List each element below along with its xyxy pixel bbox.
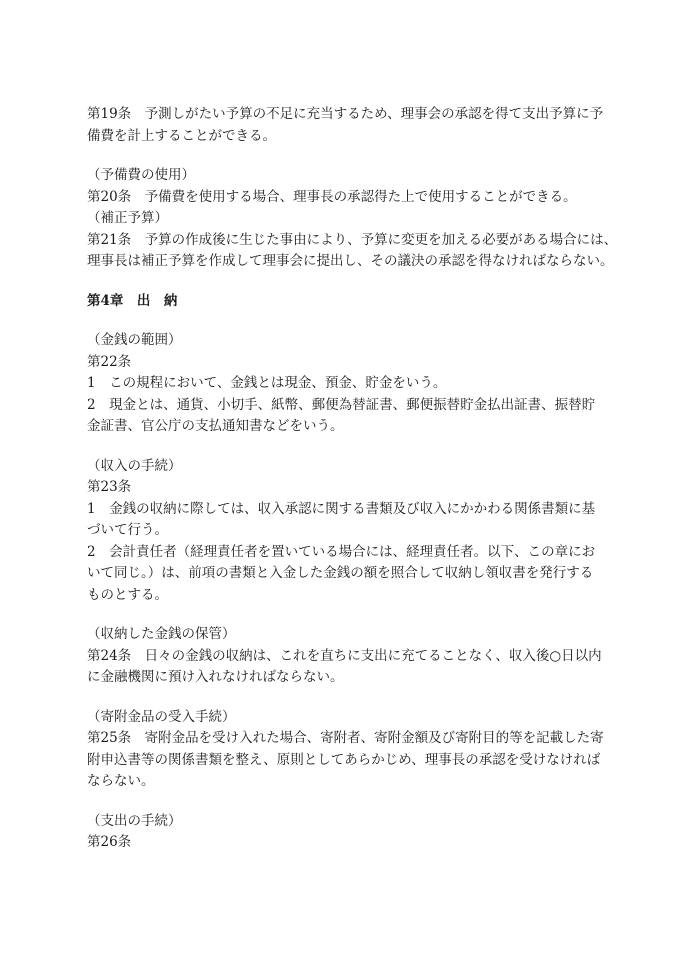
text-line: （金銭の範囲） <box>87 330 599 352</box>
text-line: 第22条 <box>87 352 599 374</box>
chapter-heading: 第4章 出 納 <box>87 291 599 313</box>
text-line: ものとする。 <box>87 585 599 607</box>
text-line: 理事長は補正予算を作成して理事会に提出し、その議決の承認を得なければならない。 <box>87 251 599 273</box>
text-line: 金証書、官公庁の支払通知書などをいう。 <box>87 416 599 438</box>
text-line: に金融機関に預け入れなければならない。 <box>87 667 599 689</box>
text-line: づいて行う。 <box>87 520 599 542</box>
paragraph: （収入の手続）第23条1 金銭の収納に際しては、収入承認に関する書類及び収入にか… <box>87 456 599 607</box>
text-line: 第19条 予測しがたい予算の不足に充当するため、理事会の承認を得て支出予算に予 <box>87 104 599 126</box>
text-line: いて同じ。）は、前項の書類と入金した金銭の額を照合して収納し領収書を発行する <box>87 563 599 585</box>
text-line: 附申込書等の関係書類を整え、原則としてあらかじめ、理事長の承認を受けなければ <box>87 750 599 772</box>
paragraph: （寄附金品の受入手続）第25条 寄附金品を受け入れた場合、寄附者、寄附金額及び寄… <box>87 707 599 793</box>
text-line: 第26条 <box>87 832 599 854</box>
text-line: （予備費の使用） <box>87 165 599 187</box>
text-line: 第4章 出 納 <box>87 291 599 313</box>
paragraph: （予備費の使用）第20条 予備費を使用する場合、理事長の承認得た上で使用すること… <box>87 165 599 273</box>
document-content: 第19条 予測しがたい予算の不足に充当するため、理事会の承認を得て支出予算に予備… <box>87 104 599 854</box>
blank-line <box>87 273 599 291</box>
text-line: 1 この規程において、金銭とは現金、預金、貯金をいう。 <box>87 373 599 395</box>
text-line: （寄附金品の受入手続） <box>87 707 599 729</box>
blank-line <box>87 689 599 707</box>
blank-line <box>87 793 599 811</box>
text-line: 第24条 日々の金銭の収納は、これを直ちに支出に充てることなく、収入後○日以内 <box>87 646 599 668</box>
text-line: （補正予算） <box>87 208 599 230</box>
text-line: （支出の手続） <box>87 811 599 833</box>
blank-line <box>87 312 599 330</box>
text-line: 第23条 <box>87 477 599 499</box>
text-line: 第20条 予備費を使用する場合、理事長の承認得た上で使用することができる。 <box>87 187 599 209</box>
text-line: （収入の手続） <box>87 456 599 478</box>
text-line: 備費を計上することができる。 <box>87 126 599 148</box>
blank-line <box>87 438 599 456</box>
text-line: 第25条 寄附金品を受け入れた場合、寄附者、寄附金額及び寄附目的等を記載した寄 <box>87 728 599 750</box>
blank-line <box>87 606 599 624</box>
paragraph: （収納した金銭の保管）第24条 日々の金銭の収納は、これを直ちに支出に充てること… <box>87 624 599 689</box>
blank-line <box>87 147 599 165</box>
paragraph: 第19条 予測しがたい予算の不足に充当するため、理事会の承認を得て支出予算に予備… <box>87 104 599 147</box>
paragraph: （金銭の範囲）第22条1 この規程において、金銭とは現金、預金、貯金をいう。2 … <box>87 330 599 438</box>
paragraph: （支出の手続）第26条 <box>87 811 599 854</box>
text-line: 第21条 予算の作成後に生じた事由により、予算に変更を加える必要がある場合には、 <box>87 230 599 252</box>
document-page: 第19条 予測しがたい予算の不足に充当するため、理事会の承認を得て支出予算に予備… <box>0 0 680 962</box>
text-line: ならない。 <box>87 771 599 793</box>
text-line: （収納した金銭の保管） <box>87 624 599 646</box>
text-line: 1 金銭の収納に際しては、収入承認に関する書類及び収入にかかわる関係書類に基 <box>87 499 599 521</box>
text-line: 2 現金とは、通貨、小切手、紙幣、郵便為替証書、郵便振替貯金払出証書、振替貯 <box>87 395 599 417</box>
text-line: 2 会計責任者（経理責任者を置いている場合には、経理責任者。以下、この章にお <box>87 542 599 564</box>
